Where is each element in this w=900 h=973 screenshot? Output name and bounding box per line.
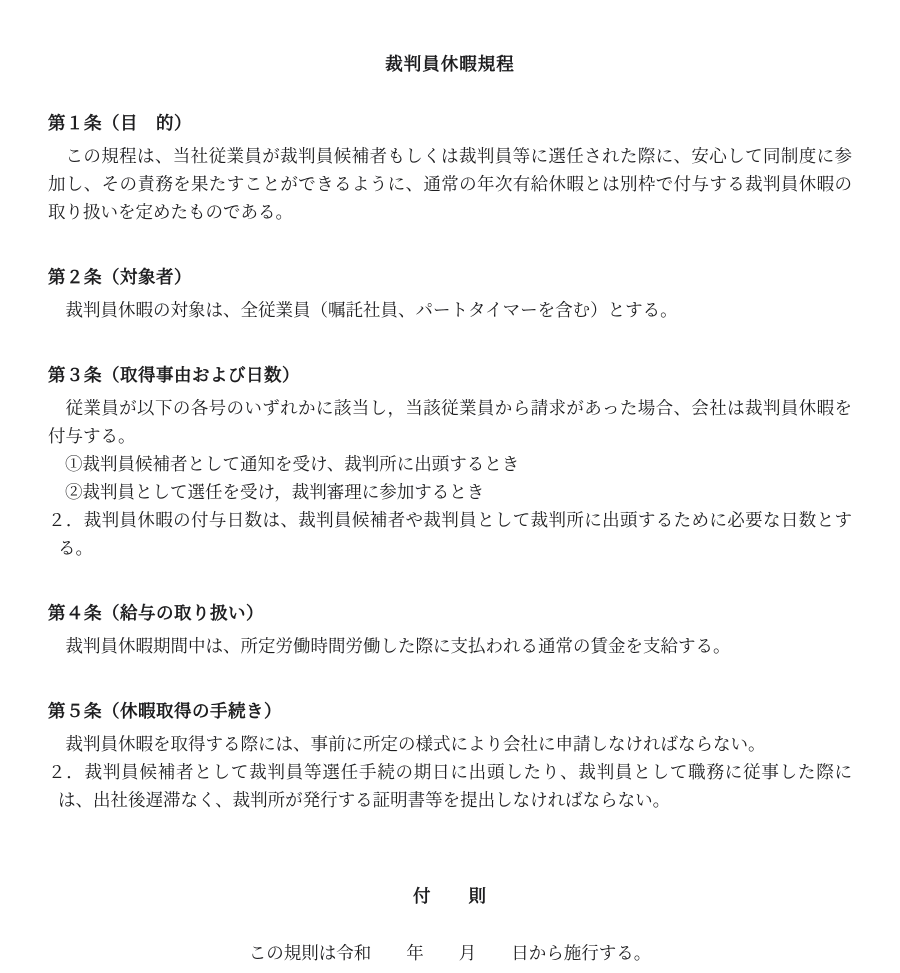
article-2: 第２条（対象者） 裁判員休暇の対象は、全従業員（嘱託社員、パートタイマーを含む）… [48,263,852,324]
article-3-circled-item-1: ①裁判員候補者として通知を受け、裁判所に出頭するとき [65,450,852,478]
article-5-numbered-item-2: ２．裁判員候補者として裁判員等選任手続の期日に出頭したり、裁判員として職務に従事… [48,758,852,814]
article-5-paragraph: 裁判員休暇を取得する際には、事前に所定の様式により会社に申請しなければならない。 [48,730,852,758]
article-3-numbered-item-2: ２．裁判員休暇の付与日数は、裁判員候補者や裁判員として裁判所に出頭するために必要… [48,506,852,562]
article-5: 第５条（休暇取得の手続き） 裁判員休暇を取得する際には、事前に所定の様式により会… [48,697,852,814]
enforcement-line: この規則は令和 年 月 日から施行する。 [48,939,852,967]
article-3-circled-item-2: ②裁判員として選任を受け，裁判審理に参加するとき [65,478,852,506]
document-title: 裁判員休暇規程 [48,50,852,78]
article-3-heading: 第３条（取得事由および日数） [48,361,852,389]
article-4-paragraph: 裁判員休暇期間中は、所定労働時間労働した際に支払われる通常の賃金を支給する。 [48,632,852,660]
article-4-heading: 第４条（給与の取り扱い） [48,599,852,627]
article-4: 第４条（給与の取り扱い） 裁判員休暇期間中は、所定労働時間労働した際に支払われる… [48,599,852,660]
article-1-heading: 第１条（目 的） [48,109,852,137]
appendix-title: 付 則 [48,882,852,910]
article-5-heading: 第５条（休暇取得の手続き） [48,697,852,725]
article-1-paragraph: この規程は、当社従業員が裁判員候補者もしくは裁判員等に選任された際に、安心して同… [48,142,852,226]
article-3-paragraph: 従業員が以下の各号のいずれかに該当し，当該従業員から請求があった場合、会社は裁判… [48,394,852,450]
article-2-paragraph: 裁判員休暇の対象は、全従業員（嘱託社員、パートタイマーを含む）とする。 [48,296,852,324]
document-page: 裁判員休暇規程 第１条（目 的） この規程は、当社従業員が裁判員候補者もしくは裁… [0,0,900,973]
article-2-heading: 第２条（対象者） [48,263,852,291]
article-1: 第１条（目 的） この規程は、当社従業員が裁判員候補者もしくは裁判員等に選任され… [48,109,852,226]
article-3: 第３条（取得事由および日数） 従業員が以下の各号のいずれかに該当し，当該従業員か… [48,361,852,562]
